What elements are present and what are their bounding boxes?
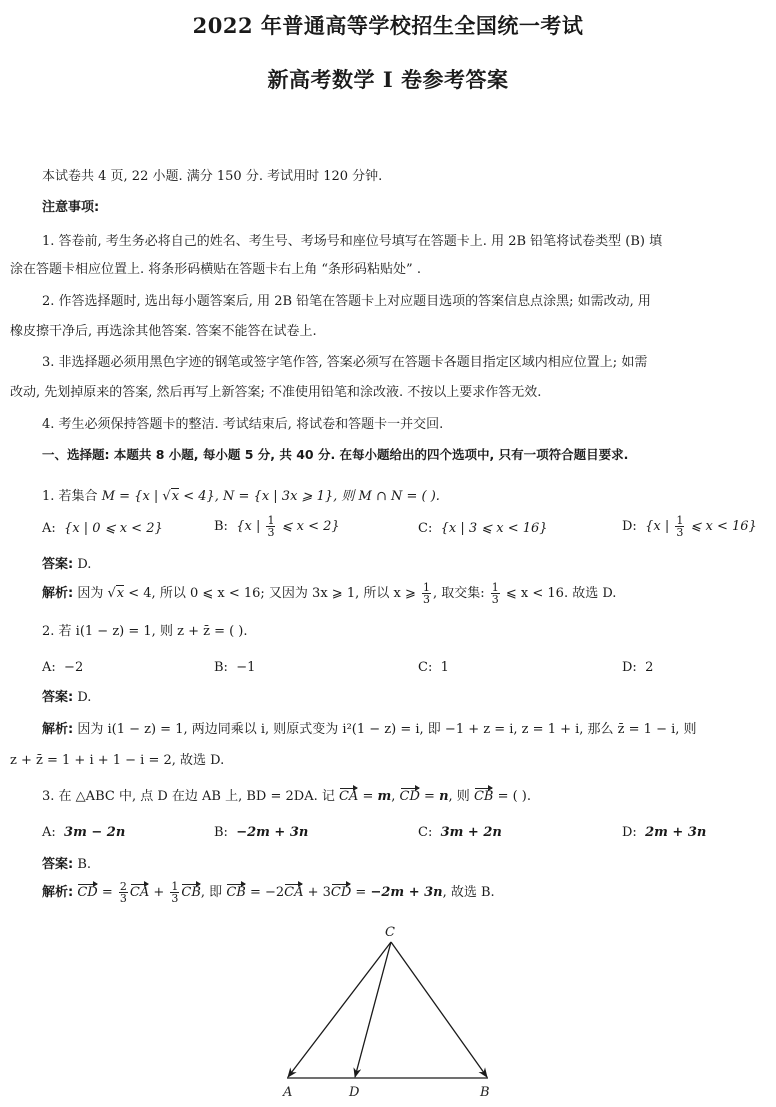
label-c: C — [385, 925, 395, 940]
label-d: D — [348, 1085, 360, 1100]
vector-ca — [288, 942, 391, 1077]
triangle-figure: C A D B — [0, 0, 776, 1107]
label-b: B — [479, 1085, 490, 1100]
vector-cb — [391, 942, 487, 1077]
label-a: A — [282, 1085, 292, 1100]
vector-cd — [355, 942, 391, 1077]
